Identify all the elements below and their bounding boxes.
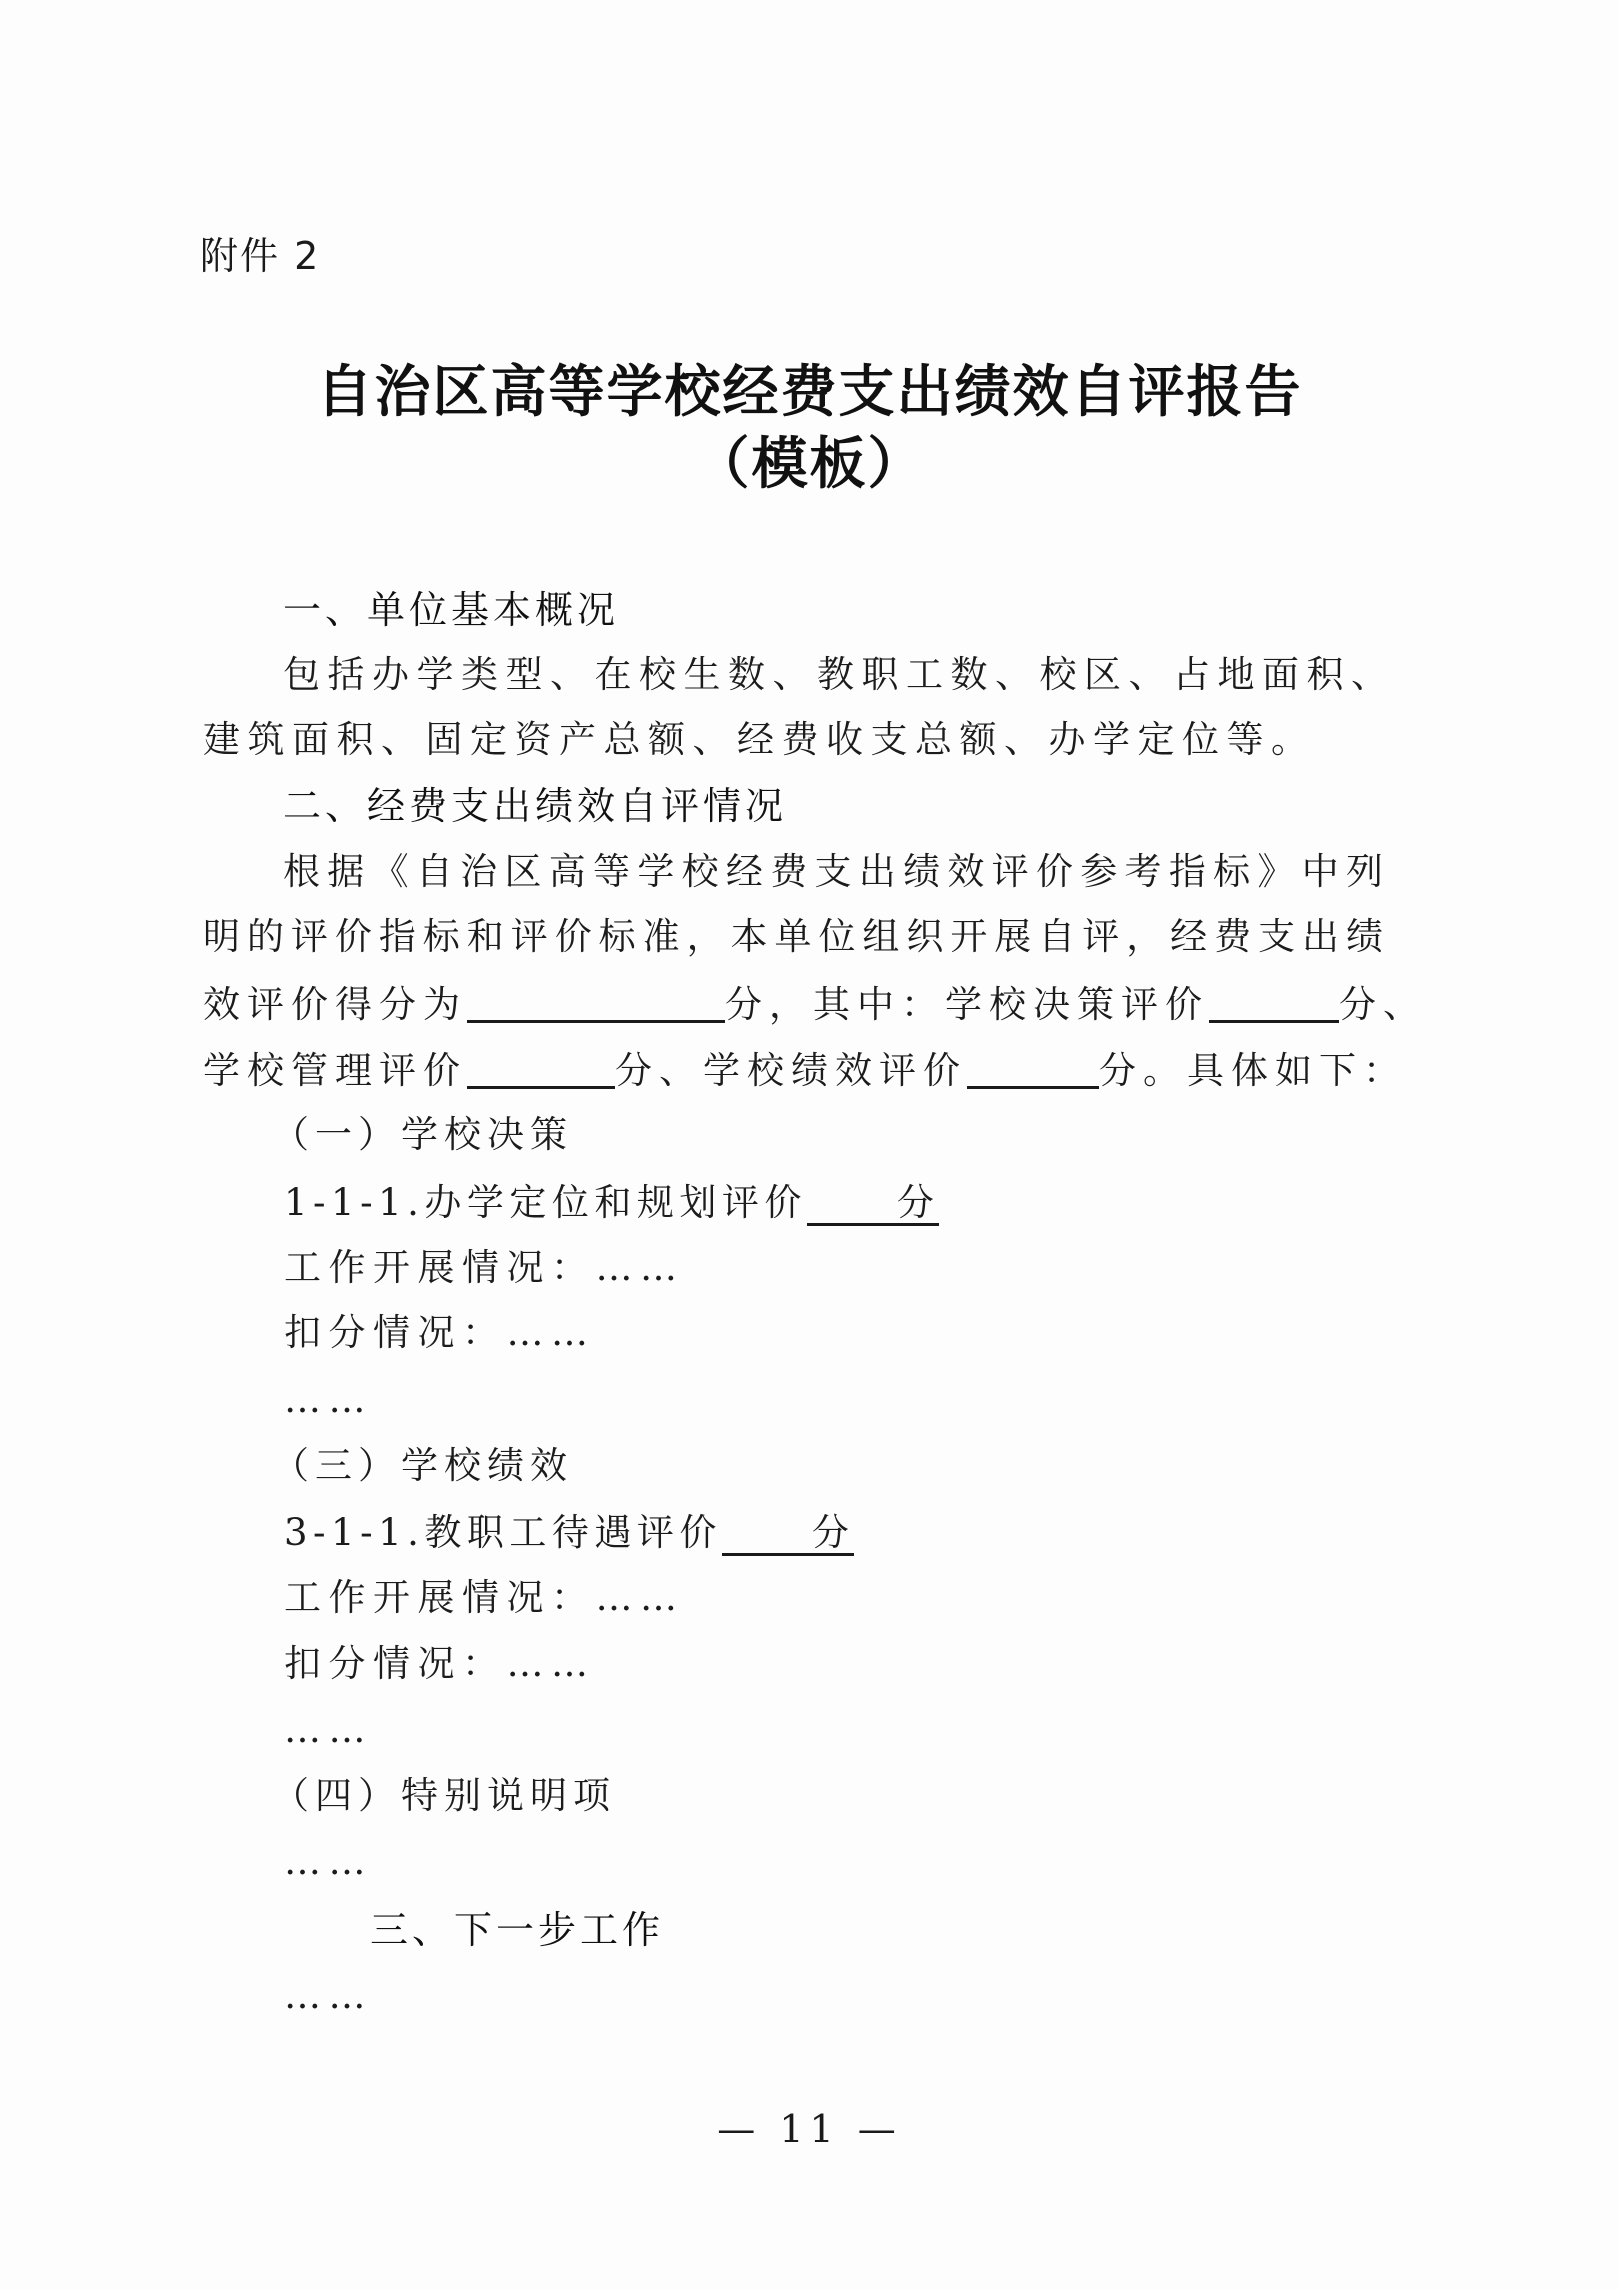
score-unit-text: 分、 — [1339, 983, 1427, 1026]
subsection-heading-school-decision: （一）学校决策 — [272, 1116, 573, 1153]
total-score-blank[interactable] — [467, 984, 725, 1023]
performance-score-label: 分、学校绩效评价 — [615, 1049, 967, 1092]
subsection-heading-special-notes: （四）特别说明项 — [272, 1777, 616, 1814]
body-text-line: 明的评价指标和评价标准，本单位组织开展自评，经费支出绩 — [203, 918, 1383, 955]
item-label: 3-1-1.教职工待遇评价 — [284, 1511, 722, 1554]
section-heading-self-evaluation: 二、经费支出绩效自评情况 — [283, 787, 787, 825]
body-text-line: 建筑面积、固定资产总额、经费收支总额、办学定位等。 — [203, 721, 1316, 758]
score-summary-line: 效评价得分为分，其中：学校决策评价分、 — [203, 984, 1427, 1023]
document-page: 附件 2 自治区高等学校经费支出绩效自评报告 （模板） 一、单位基本概况 包括办… — [0, 0, 1619, 2289]
evaluation-item: 3-1-1.教职工待遇评价分 — [284, 1514, 854, 1556]
score-total-label: 效评价得分为 — [203, 983, 467, 1026]
management-score-label: 学校管理评价 — [203, 1049, 467, 1092]
decision-score-label: 分，其中：学校决策评价 — [725, 983, 1209, 1026]
attachment-label: 附件 2 — [200, 237, 320, 275]
management-score-blank[interactable] — [467, 1050, 615, 1089]
score-unit-text: 分。具体如下： — [1099, 1049, 1407, 1092]
page-number: — 11 — — [0, 2110, 1619, 2148]
ellipsis-text: …… — [284, 1843, 373, 1880]
ellipsis-text: …… — [284, 1711, 373, 1748]
work-status-line: 工作开展情况：…… — [284, 1579, 685, 1616]
item-score-blank[interactable]: 分 — [722, 1514, 855, 1556]
ellipsis-text: …… — [284, 1977, 373, 2014]
body-text-line: 包括办学类型、在校生数、教职工数、校区、占地面积、 — [283, 656, 1396, 693]
evaluation-item: 1-1-1.办学定位和规划评价分 — [284, 1184, 939, 1226]
work-status-line: 工作开展情况：…… — [284, 1249, 685, 1286]
item-score-blank[interactable]: 分 — [807, 1184, 940, 1226]
body-text-line: 根据《自治区高等学校经费支出绩效评价参考指标》中列 — [283, 853, 1383, 890]
decision-score-blank[interactable] — [1209, 984, 1339, 1023]
performance-score-blank[interactable] — [967, 1050, 1099, 1089]
ellipsis-text: …… — [284, 1381, 373, 1418]
document-subtitle: （模板） — [0, 436, 1619, 492]
document-title: 自治区高等学校经费支出绩效自评报告 — [0, 364, 1619, 420]
score-summary-line: 学校管理评价分、学校绩效评价分。具体如下： — [203, 1050, 1407, 1089]
section-heading-unit-overview: 一、单位基本概况 — [283, 591, 619, 629]
deduction-line: 扣分情况：…… — [284, 1645, 596, 1682]
section-heading-next-steps: 三、下一步工作 — [370, 1911, 664, 1949]
item-label: 1-1-1.办学定位和规划评价 — [284, 1181, 807, 1224]
subsection-heading-school-performance: （三）学校绩效 — [272, 1447, 573, 1484]
deduction-line: 扣分情况：…… — [284, 1314, 596, 1351]
